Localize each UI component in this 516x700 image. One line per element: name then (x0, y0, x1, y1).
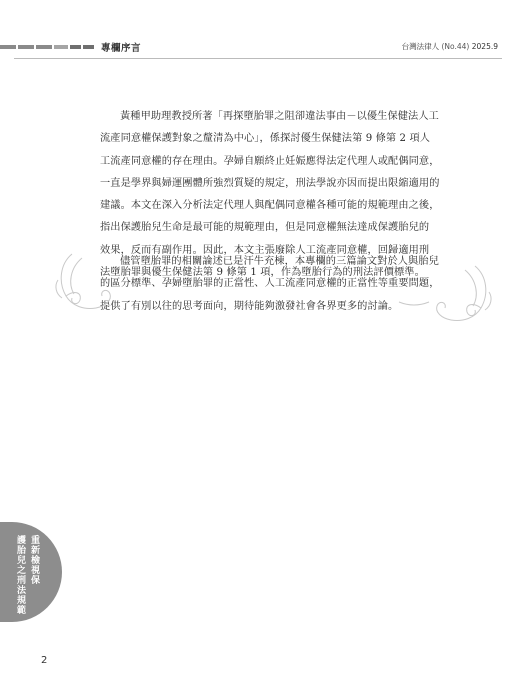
flourish-ornament-icon (395, 262, 495, 328)
paragraph-2: 儘管墮胎罪的相關論述已是汗牛充棟，本專欄的三篇論文對於人與胎兒 的區分標準、孕婦… (100, 251, 420, 318)
publication-name: 台灣法律人 (402, 42, 440, 51)
flourish-ornament-icon (52, 250, 142, 316)
header-bar (36, 45, 52, 49)
header-bar (83, 45, 94, 49)
section-title: 專欄序言 (101, 40, 141, 54)
issue-date: 2025.9 (472, 42, 498, 51)
header-decorative-bars (0, 45, 94, 49)
publication-info: 台灣法律人 (No.44) 2025.9 (402, 41, 498, 52)
text-line: 指出保護胎兒生命是最可能的規範理由，但是同意權無法達成保護胎兒的 (100, 217, 420, 239)
header-bar (18, 45, 34, 49)
page-number: 2 (41, 655, 47, 666)
side-tab-title-line-1: 重新檢視保 (30, 536, 41, 586)
side-tab-title-line-2: 護胎兒之刑法規範 (16, 536, 27, 616)
header-bar (0, 45, 16, 49)
chapter-side-tab: 重新檢視保 護胎兒之刑法規範 (0, 522, 62, 622)
header-bar (70, 45, 81, 49)
text-line: 黃種甲助理教授所著「再探墮胎罪之阻卻違法事由－以優生保健法人工 (100, 106, 420, 128)
header-bar (54, 45, 68, 49)
page-header: 專欄序言 台灣法律人 (No.44) 2025.9 (0, 40, 516, 54)
text-line: 提供了有別以往的思考面向，期待能夠激發社會各界更多的討論。 (100, 296, 420, 318)
text-line: 建議。本文在深入分析法定代理人與配偶同意權各種可能的規範理由之後， (100, 195, 420, 217)
header-rule (14, 58, 502, 59)
text-line: 的區分標準、孕婦墮胎罪的正當性、人工流產同意權的正當性等重要問題， (100, 273, 420, 295)
text-line: 一直是學界與婦運團體所強烈質疑的規定，刑法學說亦因而提出限縮適用的 (100, 173, 420, 195)
text-line: 儘管墮胎罪的相關論述已是汗牛充棟，本專欄的三篇論文對於人與胎兒 (100, 251, 420, 273)
issue-number: (No.44) (442, 42, 470, 51)
text-line: 流產同意權保護對象之釐清為中心」，係探討優生保健法第 9 條第 2 項人 (100, 128, 420, 150)
text-line: 工流產同意權的存在理由。孕婦自願終止妊娠應得法定代理人或配偶同意， (100, 151, 420, 173)
